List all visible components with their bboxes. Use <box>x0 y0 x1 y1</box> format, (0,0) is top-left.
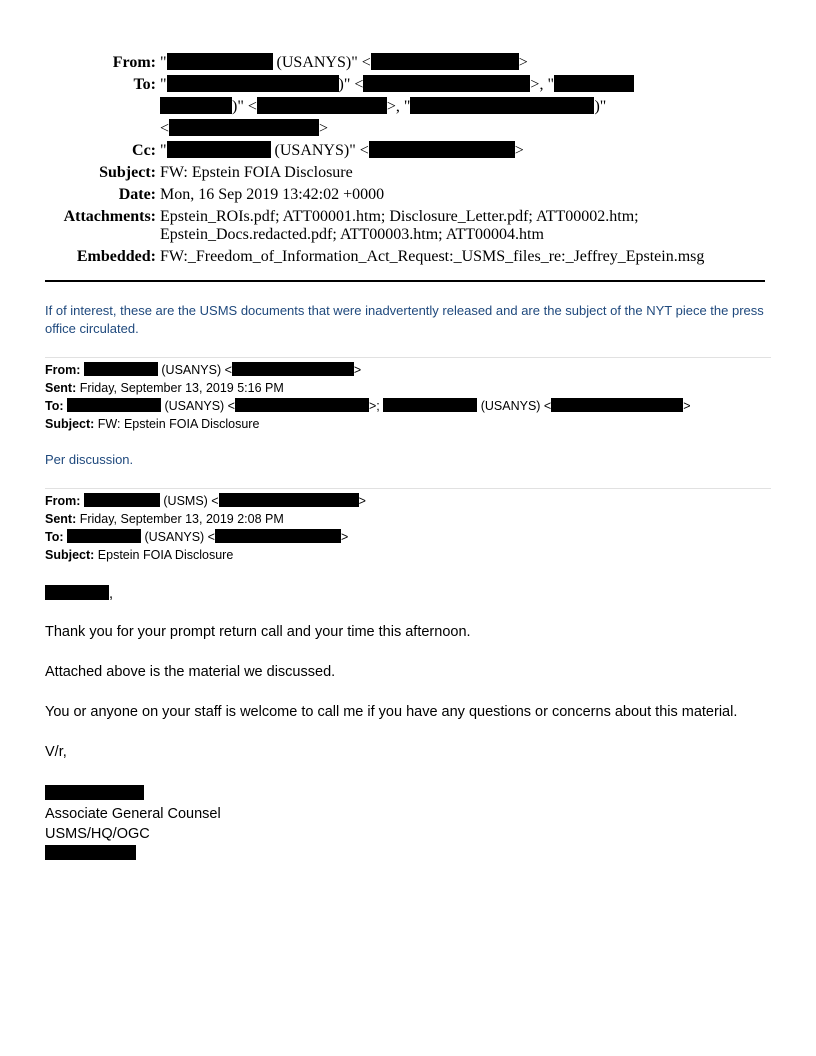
from-org: (USANYS)" <box>277 54 358 71</box>
to-org: (USANYS) < <box>164 399 235 413</box>
redaction <box>219 493 359 507</box>
from-org: (USANYS) < <box>161 363 232 377</box>
redaction <box>235 398 369 412</box>
to-label: To: <box>0 74 160 140</box>
to-org: (USANYS) < <box>144 530 215 544</box>
subject-label: Subject: <box>0 162 160 184</box>
signature-title: Associate General Counsel <box>45 804 770 824</box>
subject-value: Epstein FOIA Disclosure <box>98 548 233 562</box>
signature: Associate General Counsel USMS/HQ/OGC <box>45 784 770 864</box>
forward-1-header: From: (USANYS) <> Sent: Friday, Septembe… <box>45 361 770 433</box>
header-to-row: To: ")" <>, ")" <>, ")"<> <box>0 74 816 140</box>
redaction <box>167 141 271 158</box>
attachments-line-1[interactable]: Epstein_ROIs.pdf; ATT00001.htm; Disclosu… <box>160 208 639 225</box>
cc-label: Cc: <box>0 140 160 162</box>
intro-message: If of interest, these are the USMS docum… <box>45 302 770 338</box>
redaction <box>84 362 158 376</box>
header-from-row: From: " (USANYS)" <> <box>0 52 816 74</box>
cc-org: (USANYS)" <box>275 142 356 159</box>
redaction <box>232 362 354 376</box>
redaction <box>167 75 339 92</box>
redaction <box>167 53 273 70</box>
body-paragraph: Attached above is the material we discus… <box>45 662 770 682</box>
redaction <box>410 97 594 114</box>
subject-label: Subject: <box>45 417 94 431</box>
original-header: From: (USMS) <> Sent: Friday, September … <box>45 492 770 564</box>
redaction <box>169 119 319 136</box>
body-paragraph: Thank you for your prompt return call an… <box>45 622 770 642</box>
subject-value: FW: Epstein FOIA Disclosure <box>98 417 260 431</box>
date-value: Mon, 16 Sep 2019 13:42:02 +0000 <box>160 184 720 206</box>
sent-value: Friday, September 13, 2019 5:16 PM <box>80 381 284 395</box>
embedded-label: Embedded: <box>0 246 160 268</box>
signature-org: USMS/HQ/OGC <box>45 824 770 844</box>
separator <box>45 357 771 358</box>
email-printout: From: " (USANYS)" <> To: ")" <>, ")" <>,… <box>0 0 816 1056</box>
header-attachments-row: Attachments: Epstein_ROIs.pdf; ATT00001.… <box>0 208 816 244</box>
to-org: (USANYS) < <box>481 399 552 413</box>
date-label: Date: <box>0 184 160 206</box>
redaction <box>257 97 387 114</box>
redaction <box>383 398 477 412</box>
header-date-row: Date: Mon, 16 Sep 2019 13:42:02 +0000 <box>0 184 816 206</box>
sent-label: Sent: <box>45 512 76 526</box>
greeting: , <box>45 584 770 604</box>
attachments-line-2[interactable]: Epstein_Docs.redacted.pdf; ATT00003.htm;… <box>160 226 544 243</box>
from-label: From: <box>45 494 80 508</box>
from-label: From: <box>45 363 80 377</box>
header-cc-row: Cc: " (USANYS)" <> <box>0 140 816 162</box>
subject-value: FW: Epstein FOIA Disclosure <box>160 162 720 184</box>
email-header: From: " (USANYS)" <> To: ")" <>, ")" <>,… <box>0 52 816 268</box>
sent-label: Sent: <box>45 381 76 395</box>
redaction <box>45 785 144 800</box>
sent-value: Friday, September 13, 2019 2:08 PM <box>80 512 284 526</box>
redaction <box>84 493 160 507</box>
attachments-label: Attachments: <box>0 208 160 244</box>
redaction <box>215 529 341 543</box>
redaction <box>363 75 530 92</box>
forward-1-body: Per discussion. <box>45 451 770 469</box>
redaction <box>45 845 136 860</box>
to-label: To: <box>45 530 64 544</box>
redaction <box>551 398 683 412</box>
redaction <box>45 585 109 600</box>
embedded-value[interactable]: FW:_Freedom_of_Information_Act_Request:_… <box>160 246 760 268</box>
redaction <box>371 53 519 70</box>
redaction <box>67 529 141 543</box>
redaction <box>369 141 515 158</box>
body-paragraph: You or anyone on your staff is welcome t… <box>45 702 770 722</box>
redaction <box>554 75 634 92</box>
separator <box>45 488 771 489</box>
redaction <box>160 97 232 114</box>
redaction <box>67 398 161 412</box>
header-divider <box>45 280 765 282</box>
body-paragraph: V/r, <box>45 742 770 762</box>
header-embedded-row: Embedded: FW:_Freedom_of_Information_Act… <box>0 246 816 268</box>
from-org: (USMS) < <box>163 494 218 508</box>
from-label: From: <box>0 52 160 74</box>
header-subject-row: Subject: FW: Epstein FOIA Disclosure <box>0 162 816 184</box>
subject-label: Subject: <box>45 548 94 562</box>
to-label: To: <box>45 399 64 413</box>
